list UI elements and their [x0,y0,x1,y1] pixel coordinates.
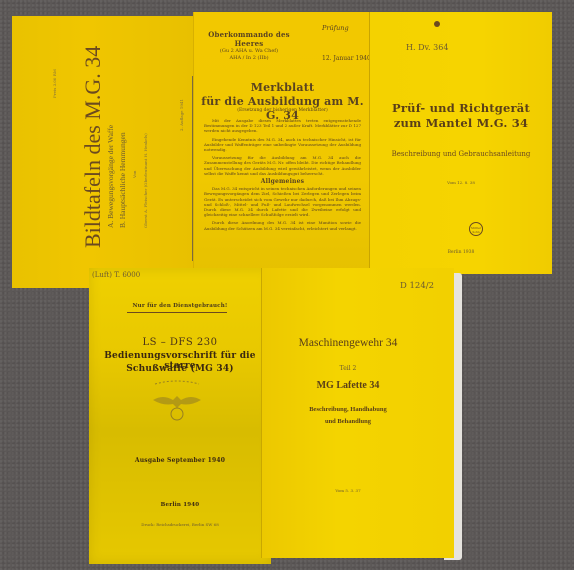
edition-label: Ausgabe September 1940 [89,457,271,464]
title-line-1: Prüf- und Richtgerät [370,101,552,116]
document-title: Maschinengewehr 34 [262,337,434,349]
description-line-1: Beschreibung, Handhabung [262,406,434,413]
document-title: Merkblatt für die Ausbildung am M. G. 34 [194,81,371,123]
document-code: (Luft) T. 6000 [92,271,140,279]
handwritten-stamp: Prüfung [322,25,349,31]
issuer-header: Oberkommando des Heeres (Gu 2 AHA u. Wa … [204,30,294,62]
document-code: H. Dv. 364 [406,43,448,52]
document-subtitle: Beschreibung und Gebrauchsanleitung [370,150,552,158]
price-label: Preis 3.00 RM [52,69,57,98]
title-line-1: Merkblatt [194,81,371,95]
eagle-emblem-icon [149,380,205,424]
document-body: Mit der Ausgabe dieses Merkblattes trete… [204,118,361,234]
issuer-subline: (Gu 2 AHA u. Wa Chef) [204,48,294,55]
body-paragraph: Eingehende Kenntnis des M.G. 34, auch in… [204,137,361,153]
body-paragraph: Voraussetzung für die Ausbildung am M.G.… [204,155,361,176]
document-date: Vom 12. 8. 38 [370,180,552,185]
document-date: Vom 5. 3. 37 [262,488,434,493]
document-date: 12. Januar 1940 [322,56,371,62]
body-paragraph: Mit der Ausgabe dieses Merkblattes trete… [204,118,361,134]
document-subtitle: MG Lafette 34 [262,380,434,391]
document-subtitle-a: A. Bewegungsvorgänge der Waffe [106,125,115,228]
document-maschinengewehr-34: D 124/2 Maschinengewehr 34 Teil 2 MG Laf… [262,268,454,558]
issuer-line: Oberkommando des Heeres [204,30,294,48]
document-title: LS – DFS 230 [89,337,271,348]
seal-text: Sohn [470,230,482,234]
publisher-seal-icon: Mittler Sohn [469,222,483,236]
document-code: D 124/2 [400,281,434,291]
part-label: Teil 2 [262,365,434,372]
restriction-notice: Nur für den Dienstgebrauch! [89,303,271,309]
document-subtitle-b: B. Hauptsächliche Hemmungen [118,132,127,228]
body-paragraph: Das M.G. 34 entspricht in seinen technis… [204,186,361,217]
publication-place: Berlin 1938 [370,250,552,255]
document-pruef-richtgeraet: H. Dv. 364 Prüf- und Richtgerät zum Mant… [369,12,552,274]
edition-label: 2. Auflage 1941 [179,99,184,131]
printer-line: Druck: Reichsdruckerei, Berlin SW 68 [89,522,271,527]
document-ls-dfs-230: (Luft) T. 6000 Nur für den Dienstgebrauc… [89,268,271,564]
underline-rule [127,312,227,313]
title-line-2: zum Mantel M.G. 34 [370,116,552,131]
document-title: Bildtafeln des M.G. 34 [80,46,106,248]
emblem-dot-icon [434,21,440,27]
publication-place: Berlin 1940 [89,502,271,508]
issuer-ref: AHA / In 2 (IIb) [204,55,294,62]
document-subtitle: (Ersetzung der bisherigen Merkblätter) [194,108,371,114]
section-heading: Allgemeines [204,179,361,184]
body-paragraph: Durch diese Anordnung des M.G. 34 ist ei… [204,220,361,230]
title-line-3: Schußwaffe (MG 34) [89,364,271,374]
document-bildtafeln-mg34: Preis 3.00 RM Bildtafeln des M.G. 34 A. … [12,16,197,288]
by-label: Von [132,170,137,178]
authors-line: Oberst A. Fleischer (Oberleutnant H. Hen… [143,133,148,228]
document-title: Prüf- und Richtgerät zum Mantel M.G. 34 [370,101,552,131]
description-line-2: und Behandlung [262,418,434,425]
document-merkblatt: Oberkommando des Heeres (Gu 2 AHA u. Wa … [193,12,371,284]
